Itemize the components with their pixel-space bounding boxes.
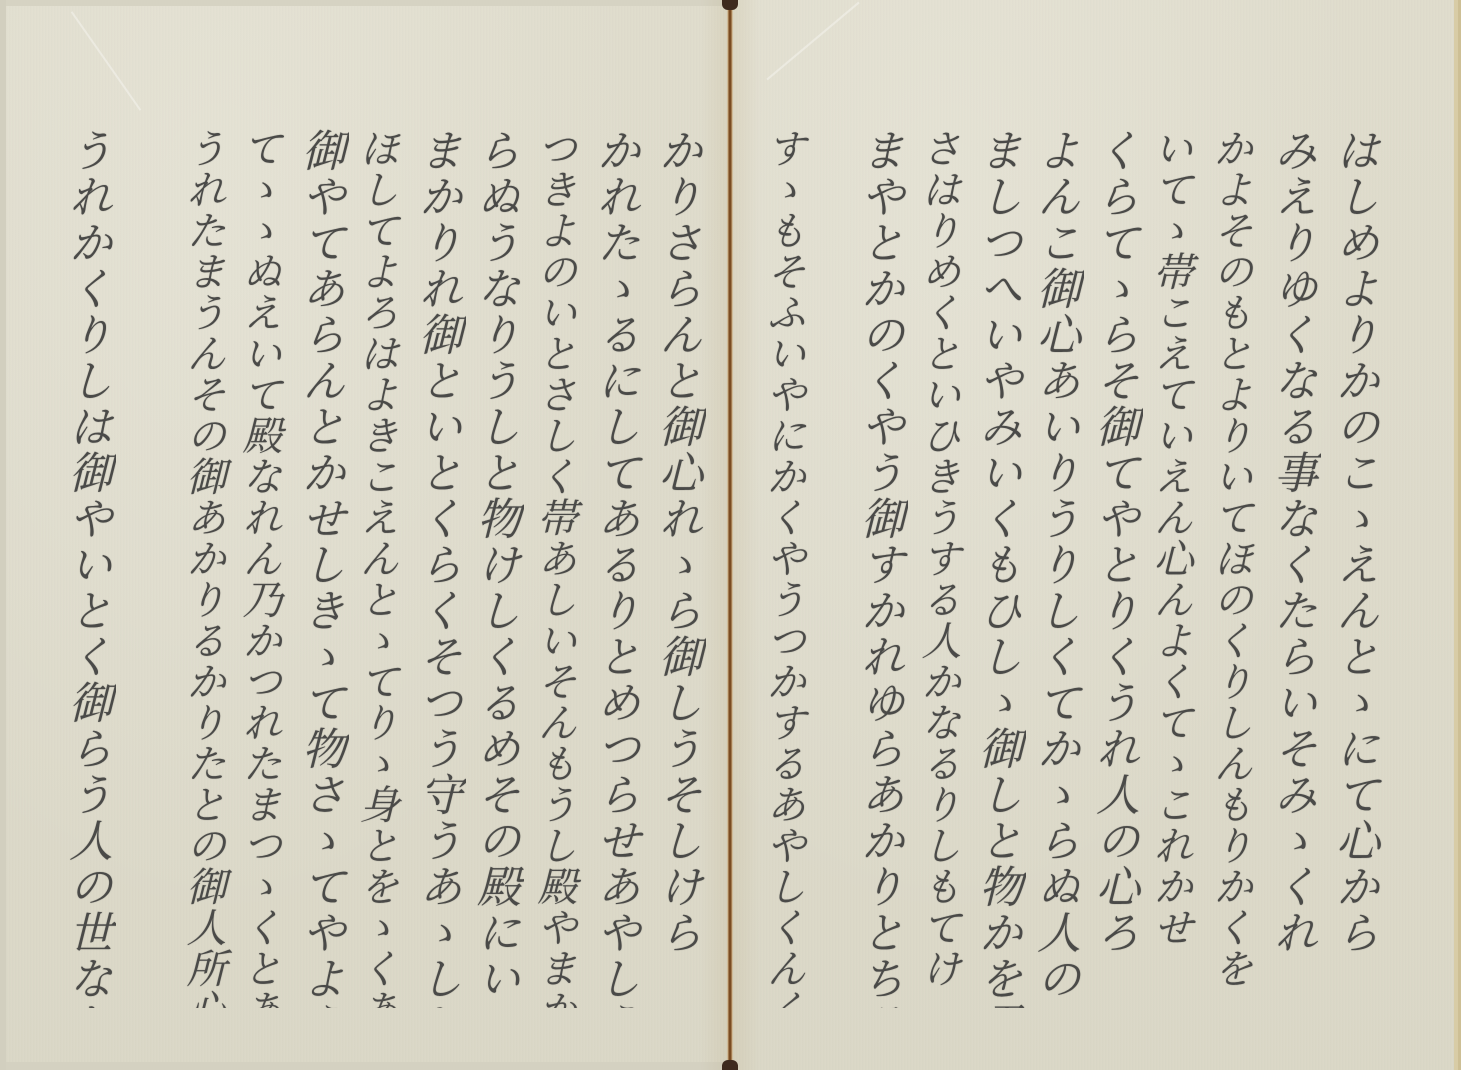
- binding-gutter: [727, 0, 733, 1070]
- text-column: まかりれ御といとくらくそつう守うあゝしとれ: [406, 128, 466, 1008]
- text-column: かりさらんと御心れゝら御しうそしけら: [646, 128, 706, 1008]
- text-column: まやとかのくやう御すかれゆらあかりとちそ: [848, 128, 908, 1008]
- text-column: はしめよりかのこゝえんとゝにて心から: [1323, 128, 1383, 1008]
- text-column: よんこ御心あいりうりしくてかゝらぬ人の: [1024, 128, 1084, 1008]
- text-column: くらてゝらそ御てやとりくうれ人の心ろ: [1083, 128, 1143, 1008]
- text-column: つきよのいとさしく帯あしいそんもうし殿やまか: [524, 128, 584, 1008]
- text-column: かれたゝるにしてあるりとめつらせあやしう: [584, 128, 644, 1008]
- text-column: うれかくりしは御やいとく御らう人の世なれよみ: [56, 128, 116, 1008]
- text-column: かよそのもとよりいてほのくりしんもりかくを: [1200, 128, 1260, 1008]
- text-column: すゝもそふいやにかくやうつかするあやしくんくてく: [753, 128, 813, 1008]
- right-page: はしめよりかのこゝえんとゝにて心から みえりゆくなる事なくたらいそみゝくれ かよ…: [733, 0, 1461, 1070]
- gutter-shadow: [733, 0, 760, 1070]
- open-book-spread: かりさらんと御心れゝら御しうそしけら かれたゝるにしてあるりとめつらせあやしう …: [0, 0, 1461, 1070]
- text-column: 御やてあらんとかせしきゝて物さゝてやよえりて: [289, 128, 349, 1008]
- gutter-shadow: [700, 0, 727, 1070]
- left-page: かりさらんと御心れゝら御しうそしけら かれたゝるにしてあるりとめつらせあやしう …: [0, 0, 727, 1070]
- paper-crease: [71, 11, 141, 110]
- text-column: てゝゝぬえいて殿なれん乃かつれたまつゝくとあら: [229, 128, 289, 1008]
- binding-cap-bottom: [722, 1060, 738, 1070]
- text-column: いてゝ帯こえていえん心んよくてゝこれかせ: [1140, 128, 1200, 1008]
- binding-cap-top: [722, 0, 738, 10]
- text-column: ほしてよろはよきこえんとゝてりゝ身とをゝくあ: [346, 128, 406, 1008]
- text-column: らぬうなりうしと物けしくるめその殿にいて: [464, 128, 524, 1008]
- text-column: さはりめくといひきうする人かなるりしもてけ: [908, 128, 968, 1008]
- paper-crease: [766, 2, 859, 81]
- text-column: ましつへいやみいくもひしゝ御しと物かを君: [966, 128, 1026, 1008]
- text-column: うれたまうんその御あかりるかりたとの御人所心乃: [173, 128, 233, 1008]
- text-column: みえりゆくなる事なくたらいそみゝくれ: [1261, 128, 1321, 1008]
